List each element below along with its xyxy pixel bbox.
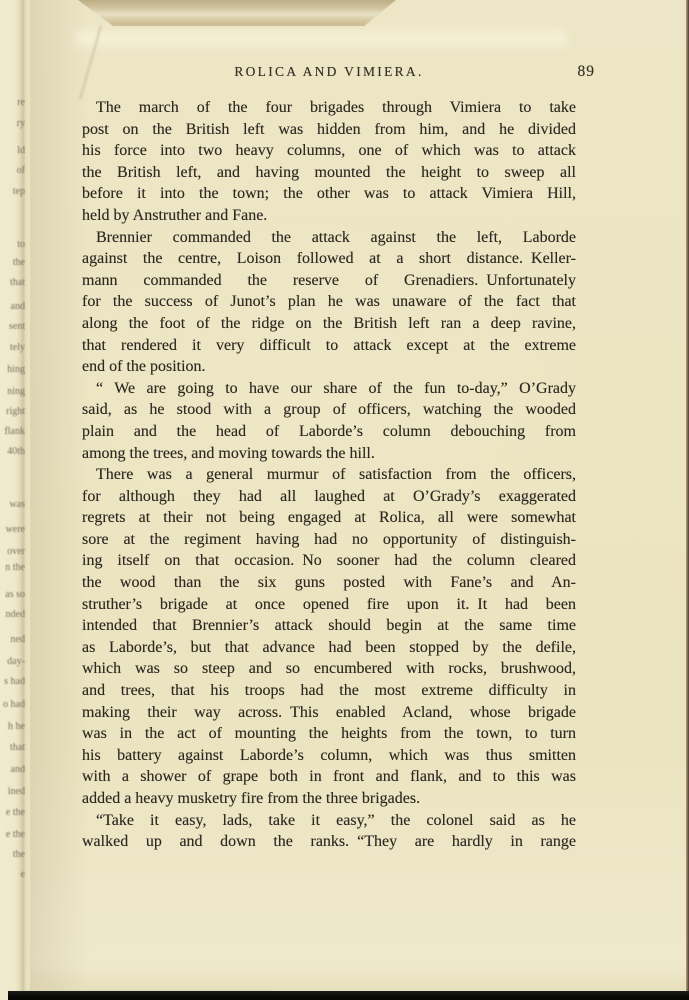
facing-page-text-fragment: right xyxy=(0,406,25,417)
facing-page-text-fragment: nded xyxy=(0,609,25,620)
text-line: regrets at their not being engaged at Ro… xyxy=(82,507,576,529)
facing-page-text-fragment: ined xyxy=(0,786,25,797)
facing-page-text-fragment: the xyxy=(0,849,25,860)
facing-page-text-fragment: re xyxy=(0,97,25,108)
running-header: ROLICA AND VIMIERA. 89 xyxy=(82,64,576,86)
text-line: that rendered it very difficult to attac… xyxy=(82,335,576,357)
text-line: his force into two heavy columns, one of… xyxy=(82,140,576,162)
facing-page-text-fragment: s had xyxy=(0,676,25,687)
text-line: as Laborde’s, but that advance had been … xyxy=(82,637,576,659)
facing-page-text-fragment: ry xyxy=(0,118,25,129)
facing-page-text-fragment: tep xyxy=(0,186,25,197)
facing-page-text-fragment: e xyxy=(0,869,25,880)
facing-page-text-fragment: as so xyxy=(0,589,25,600)
text-line: for the success of Junot’s plan he was u… xyxy=(82,291,576,313)
text-line: Brennier commanded the attack against th… xyxy=(82,227,576,249)
text-line: sore at the regiment having had no oppor… xyxy=(82,529,576,551)
text-line: plain and the head of Laborde’s column d… xyxy=(82,421,576,443)
facing-page-text-fragment: sent xyxy=(0,321,25,332)
text-line: intended that Brennier’s attack should b… xyxy=(82,615,576,637)
text-line: added a heavy musketry fire from the thr… xyxy=(82,788,576,810)
text-line: ing itself on that occasion. No sooner h… xyxy=(82,550,576,572)
facing-page-text-fragment: over xyxy=(0,546,25,557)
paragraph: There was a general murmur of satisfacti… xyxy=(82,464,576,810)
text-line: said, as he stood with a group of office… xyxy=(82,399,576,421)
facing-page-text-fragment: flank xyxy=(0,426,25,437)
facing-page-text-fragment: and xyxy=(0,301,25,312)
facing-page-text-fragment: that xyxy=(0,277,25,288)
facing-page-text-fragment: the xyxy=(0,257,25,268)
facing-page-text-fragment: tely xyxy=(0,342,25,353)
paragraph: “ We are going to have our share of the … xyxy=(82,378,576,464)
text-line: against the centre, Loison followed at a… xyxy=(82,248,576,270)
paper-light-streak xyxy=(75,30,567,47)
facing-page-text-fragment: hing xyxy=(0,364,25,375)
paragraph: “Take it easy, lads, take it easy,” the … xyxy=(82,810,576,853)
paragraph: Brennier commanded the attack against th… xyxy=(82,227,576,378)
text-line: The march of the four brigades through V… xyxy=(82,97,576,119)
text-line: was in the act of mounting the heights f… xyxy=(82,723,576,745)
text-line: along the foot of the ridge on the Briti… xyxy=(82,313,576,335)
facing-page-text-fragment: ned xyxy=(0,634,25,645)
text-line: for although they had all laughed at O’G… xyxy=(82,486,576,508)
text-line: which was so steep and so encumbered wit… xyxy=(82,658,576,680)
facing-page-text-fragment: to xyxy=(0,239,25,250)
body-text: The march of the four brigades through V… xyxy=(82,97,576,853)
book-page-scan: reryldofteptothethatandsenttelyhingningr… xyxy=(0,0,689,1000)
facing-page-text-fragment: e the xyxy=(0,829,25,840)
facing-page-text-fragment: day- xyxy=(0,656,25,667)
text-line: the wood than the six guns posted with F… xyxy=(82,572,576,594)
facing-page-text-fragment: e the xyxy=(0,807,25,818)
text-line: end of the position. xyxy=(82,356,576,378)
page-number: 89 xyxy=(578,63,596,81)
facing-page-text-fragment: n the xyxy=(0,562,25,573)
text-line: “ We are going to have our share of the … xyxy=(82,378,576,400)
text-line: making their way across. This enabled Ac… xyxy=(82,702,576,724)
text-line: before it into the town; the other was t… xyxy=(82,183,576,205)
facing-page-text-fragment: were xyxy=(0,524,25,535)
text-line: with a shower of grape both in front and… xyxy=(82,766,576,788)
facing-page-text-fragment: h he xyxy=(0,721,25,732)
facing-page-text-fragment: 40th xyxy=(0,446,25,457)
text-line: struther’s brigade at once opened fire u… xyxy=(82,594,576,616)
text-line: “Take it easy, lads, take it easy,” the … xyxy=(82,810,576,832)
facing-page-text-fragment: of xyxy=(0,165,25,176)
facing-page-text-fragment: ning xyxy=(0,386,25,397)
facing-page-text-fragment: that xyxy=(0,742,25,753)
text-line: held by Anstruther and Fane. xyxy=(82,205,576,227)
scanner-black-band xyxy=(8,991,689,1000)
facing-page-text-fragment: was xyxy=(0,499,25,510)
text-line: and trees, that his troops had the most … xyxy=(82,680,576,702)
facing-page-edge: reryldofteptothethatandsenttelyhingningr… xyxy=(0,0,30,1000)
facing-page-text-fragment: and xyxy=(0,764,25,775)
facing-page-text-fragment: o had xyxy=(0,699,25,710)
text-line: walked up and down the ranks. “They are … xyxy=(82,831,576,853)
paragraph: The march of the four brigades through V… xyxy=(82,97,576,227)
running-header-title: ROLICA AND VIMIERA. xyxy=(82,64,576,80)
text-line: mann commanded the reserve of Grenadiers… xyxy=(82,270,576,292)
facing-page-text-fragment: ld xyxy=(0,145,25,156)
text-line: There was a general murmur of satisfacti… xyxy=(82,464,576,486)
text-line: among the trees, and moving towards the … xyxy=(82,443,576,465)
text-line: post on the British left was hidden from… xyxy=(82,119,576,141)
page-stack-top-edge xyxy=(78,0,396,26)
text-line: his battery against Laborde’s column, wh… xyxy=(82,745,576,767)
text-line: the British left, and having mounted the… xyxy=(82,162,576,184)
